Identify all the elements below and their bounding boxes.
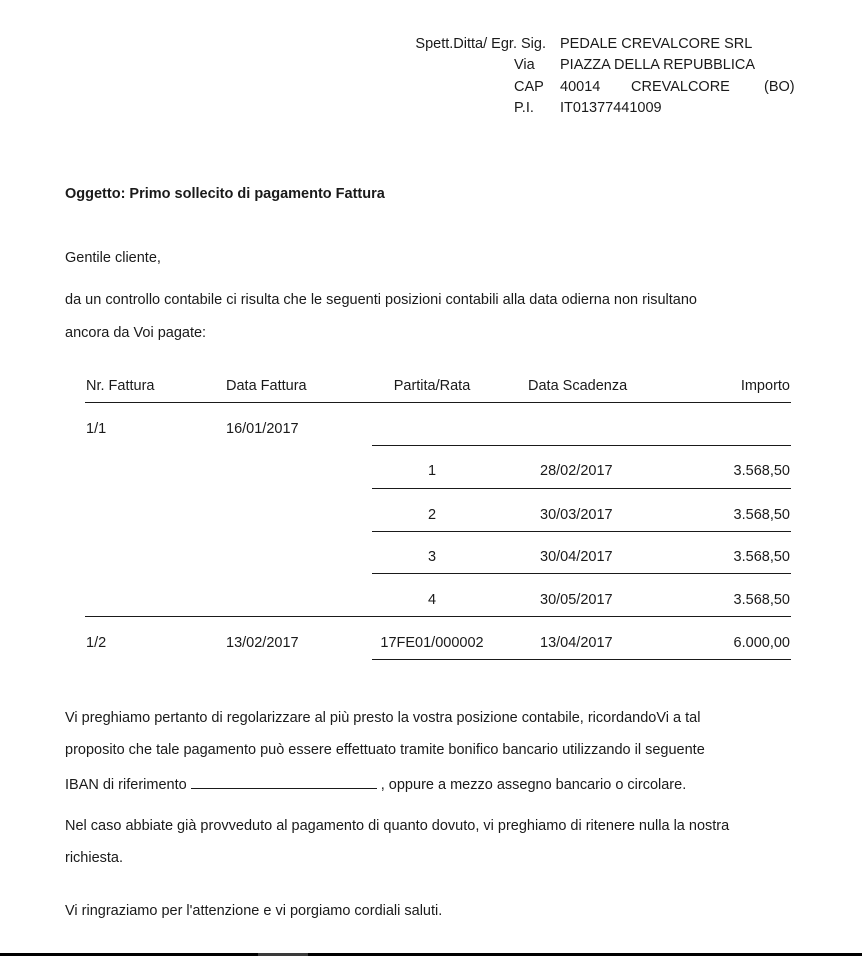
rata-due-date: 30/03/2017 [540, 507, 613, 523]
invoice-nr: 1/2 [86, 635, 106, 651]
header-nr-fattura: Nr. Fattura [86, 378, 155, 394]
body-p1-line-2: proposito che tale pagamento può essere … [65, 742, 705, 758]
province-value: (BO) [764, 79, 795, 95]
intro-line-1: da un controllo contabile ci risulta che… [65, 292, 697, 308]
rata-due-date: 28/02/2017 [540, 463, 613, 479]
rata-number: 3 [372, 549, 492, 565]
iban-after-text: , oppure a mezzo assegno bancario o circ… [381, 777, 686, 793]
body-p1-line-1: Vi preghiamo pertanto di regolarizzare a… [65, 710, 700, 726]
rata-amount: 3.568,50 [690, 507, 790, 523]
rata-amount: 3.568,50 [690, 592, 790, 608]
body-p2-line-1: Nel caso abbiate già provveduto al pagam… [65, 818, 729, 834]
cap-label: CAP [514, 79, 544, 95]
rata-due-date: 30/04/2017 [540, 549, 613, 565]
recipient-name: PEDALE CREVALCORE SRL [560, 36, 752, 52]
rata-amount: 3.568,50 [690, 549, 790, 565]
cap-value: 40014 [560, 79, 600, 95]
invoice-divider [85, 616, 791, 617]
iban-blank-field [191, 774, 377, 789]
rata-due-date: 30/05/2017 [540, 592, 613, 608]
greeting: Gentile cliente, [65, 250, 161, 266]
rata-number: 1 [372, 463, 492, 479]
rata-amount: 3.568,50 [690, 463, 790, 479]
closing-line: Vi ringraziamo per l'attenzione e vi por… [65, 903, 442, 919]
invoice-due-date: 13/04/2017 [540, 635, 613, 651]
row-divider [372, 488, 791, 489]
row-divider [372, 445, 791, 446]
city-value: CREVALCORE [631, 79, 730, 95]
body-p1-line-3: IBAN di riferimento , oppure a mezzo ass… [65, 774, 686, 793]
pi-label: P.I. [514, 100, 534, 116]
header-data-fattura: Data Fattura [226, 378, 307, 394]
row-divider [372, 573, 791, 574]
header-importo: Importo [690, 378, 790, 394]
intro-line-2: ancora da Voi pagate: [65, 325, 206, 341]
invoice-date: 16/01/2017 [226, 421, 299, 437]
header-data-scadenza: Data Scadenza [528, 378, 627, 394]
body-p2-line-2: richiesta. [65, 850, 123, 866]
invoice-date: 13/02/2017 [226, 635, 299, 651]
via-value: PIAZZA DELLA REPUBBLICA [560, 57, 755, 73]
rata-number: 2 [372, 507, 492, 523]
invoice-nr: 1/1 [86, 421, 106, 437]
iban-label: IBAN di riferimento [65, 777, 187, 793]
header-partita-rata: Partita/Rata [372, 378, 492, 394]
rata-number: 4 [372, 592, 492, 608]
row-divider [372, 659, 791, 660]
via-label: Via [514, 57, 535, 73]
subject-line: Oggetto: Primo sollecito di pagamento Fa… [65, 186, 385, 202]
recipient-label: Spett.Ditta/ Egr. Sig. [380, 36, 546, 52]
pi-value: IT01377441009 [560, 100, 662, 116]
invoice-amount: 6.000,00 [690, 635, 790, 651]
header-divider [85, 402, 791, 403]
invoice-partita: 17FE01/000002 [366, 635, 498, 651]
row-divider [372, 531, 791, 532]
